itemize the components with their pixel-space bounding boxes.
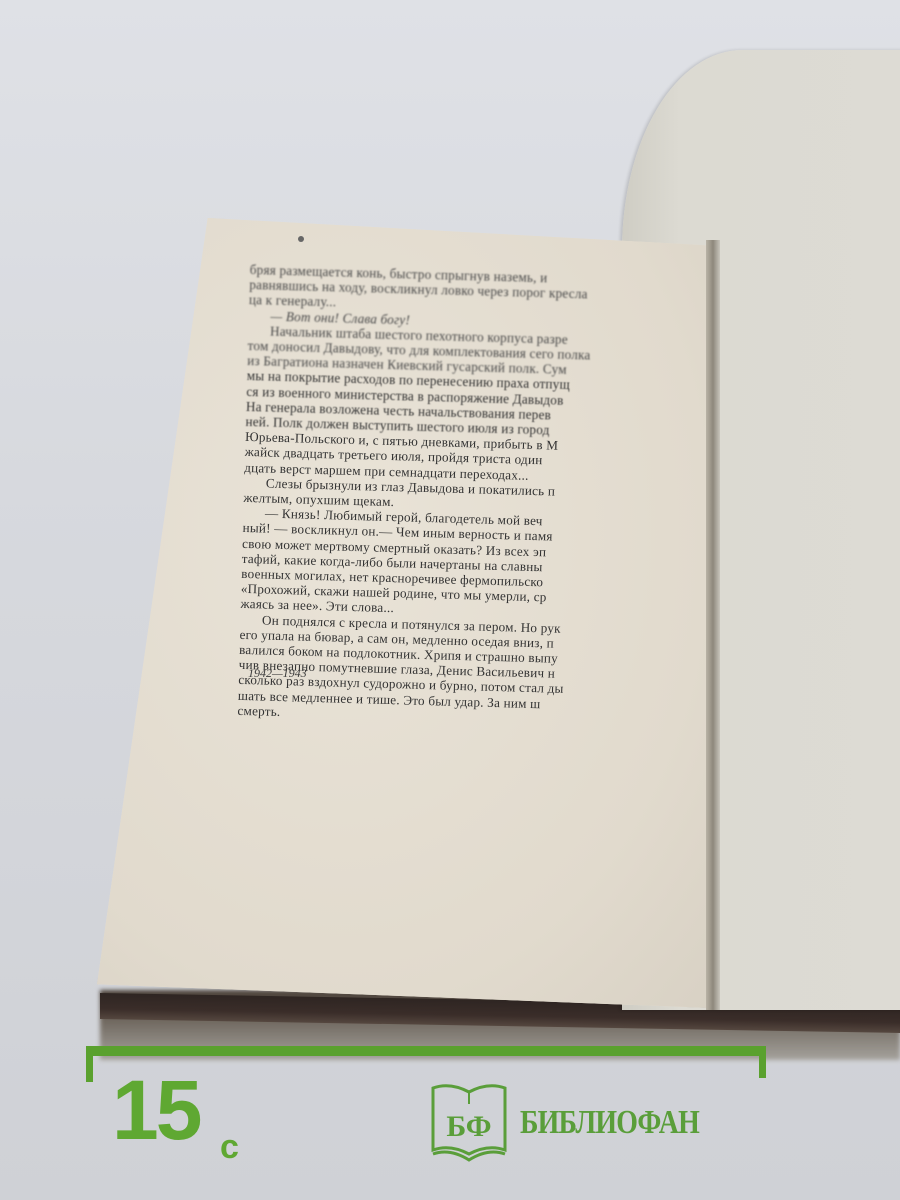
- price-currency: с: [220, 1128, 239, 1167]
- brand-name: БИБЛИОФАН: [520, 1104, 699, 1142]
- date-range: 1942—1943: [248, 666, 307, 681]
- logo-mark: БФ: [446, 1110, 491, 1143]
- price-value: 15: [112, 1068, 199, 1152]
- book-gutter: [706, 240, 720, 1010]
- page-mark: [298, 236, 304, 242]
- price-label-bar: [86, 1046, 766, 1056]
- page-text: бряя размещается конь, быстро спрыгнув н…: [237, 262, 680, 730]
- price-label-bar-right: [759, 1046, 766, 1078]
- price-label-bar-left: [86, 1046, 93, 1082]
- bibliofan-book-icon: БФ: [430, 1084, 508, 1164]
